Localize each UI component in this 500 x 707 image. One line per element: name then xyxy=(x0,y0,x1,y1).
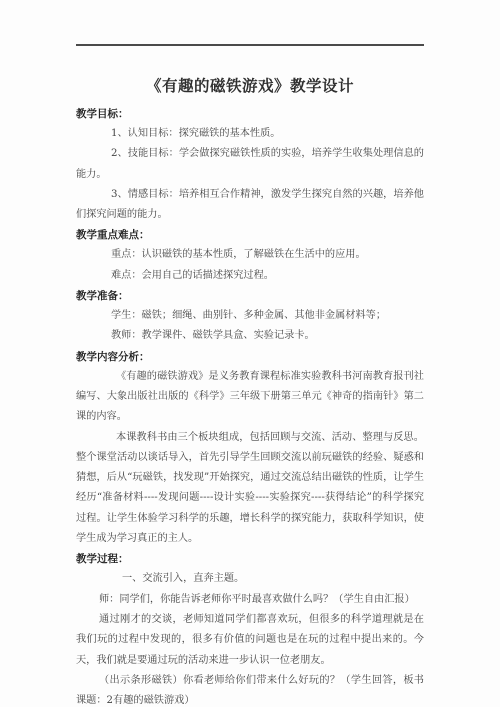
process-show-magnet: （出示条形磁铁）你看老师给你们带来什么好玩的？（学生回答，板书课题：2有趣的磁铁… xyxy=(76,671,424,707)
section-heading-process: 教学过程： xyxy=(76,549,424,569)
content-analysis-paragraph-2: 本课教科书由三个板块组成，包括回顾与交流、活动、整理与反思。整个课堂活动以谈话导… xyxy=(76,428,424,550)
section-heading-key-points: 教学重点难点： xyxy=(76,225,424,245)
objective-skill: 2、技能目标：学会做探究磁铁性质的实验，培养学生收集处理信息的能力。 xyxy=(76,144,424,185)
process-teacher-question: 师：同学们，你能告诉老师你平时最喜欢做什么吗？（学生自由汇报） xyxy=(76,590,424,610)
objective-cognitive: 1、认知目标：探究磁铁的基本性质。 xyxy=(76,124,424,144)
process-step-1-title: 一、交流引入，直奔主题。 xyxy=(76,569,424,589)
difficult-point: 难点：会用自己的话描述探究过程。 xyxy=(76,266,424,286)
preparation-students: 学生：磁铁；细绳、曲别针、多种金属、其他非金属材料等； xyxy=(76,306,424,326)
content-analysis-paragraph-1: 《有趣的磁铁游戏》是义务教育课程标准实验教科书河南教育报刊社编写、大象出版社出版… xyxy=(76,367,424,428)
key-point: 重点：认识磁铁的基本性质，了解磁铁在生活中的应用。 xyxy=(76,245,424,265)
preparation-teacher: 教师：教学课件、磁铁学具盒、实验记录卡。 xyxy=(76,326,424,346)
document-page: 《有趣的磁铁游戏》教学设计 教学目标： 1、认知目标：探究磁铁的基本性质。 2、… xyxy=(76,72,424,707)
objective-affective: 3、情感目标：培养相互合作精神，激发学生探究自然的兴趣，培养他们探究问题的能力。 xyxy=(76,185,424,226)
document-title: 《有趣的磁铁游戏》教学设计 xyxy=(76,72,424,100)
section-heading-objectives: 教学目标： xyxy=(76,104,424,124)
process-teacher-explanation: 通过刚才的交谈，老师知道同学们都喜欢玩，但很多的科学道理就是在我们玩的过程中发现… xyxy=(76,610,424,671)
section-heading-content-analysis: 教学内容分析： xyxy=(76,347,424,367)
header-rule xyxy=(76,44,424,46)
section-heading-preparation: 教学准备： xyxy=(76,286,424,306)
